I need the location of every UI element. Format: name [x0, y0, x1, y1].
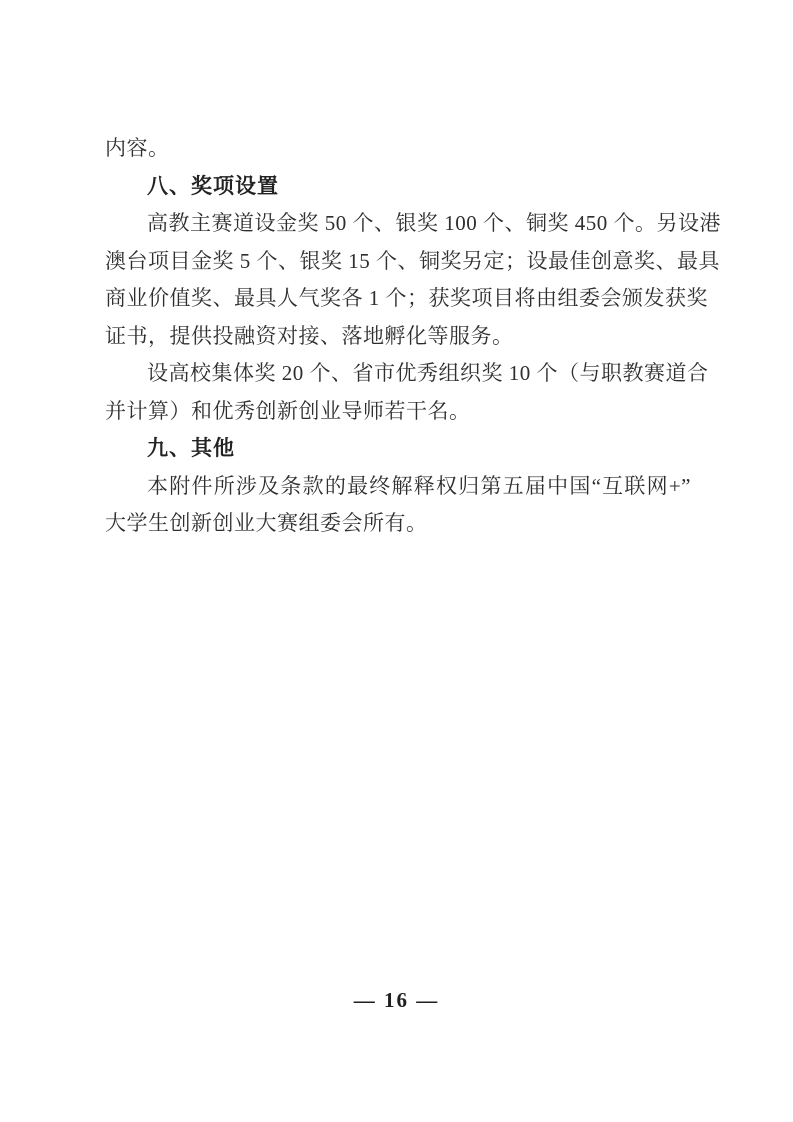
page-number: — 16 —: [0, 986, 793, 1014]
document-body: 内容。 八、奖项设置 高教主赛道设金奖 50 个、银奖 100 个、铜奖 450…: [105, 130, 691, 543]
section-heading-9: 九、其他: [105, 430, 691, 468]
section-heading-8: 八、奖项设置: [105, 168, 691, 206]
document-page: 内容。 八、奖项设置 高教主赛道设金奖 50 个、银奖 100 个、铜奖 450…: [0, 0, 793, 1122]
text-line: 商业价值奖、最具人气奖各 1 个；获奖项目将由组委会颁发获奖: [105, 280, 691, 318]
text-line: 设高校集体奖 20 个、省市优秀组织奖 10 个（与职教赛道合: [105, 355, 691, 393]
text-line: 并计算）和优秀创新创业导师若干名。: [105, 393, 691, 431]
text-line: 澳台项目金奖 5 个、银奖 15 个、铜奖另定；设最佳创意奖、最具: [105, 243, 691, 281]
text-line: 证书，提供投融资对接、落地孵化等服务。: [105, 318, 691, 356]
text-line: 大学生创新创业大赛组委会所有。: [105, 505, 691, 543]
text-line: 内容。: [105, 130, 691, 168]
text-line: 本附件所涉及条款的最终解释权归第五届中国“互联网+”: [105, 468, 691, 506]
text-line: 高教主赛道设金奖 50 个、银奖 100 个、铜奖 450 个。另设港: [105, 205, 691, 243]
